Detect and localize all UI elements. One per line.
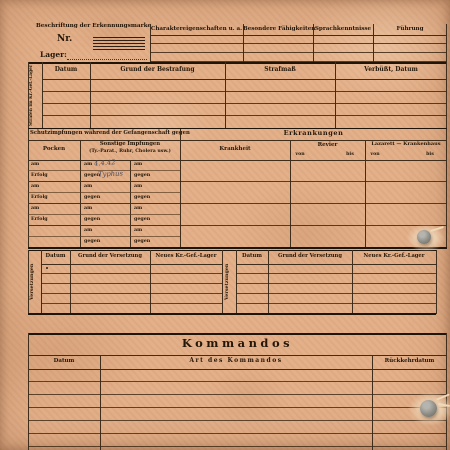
pocken-erfolg-label: Erfolg (31, 195, 55, 200)
sonstige-gegen-label: gegen (84, 195, 108, 200)
kommandos-header-datum: Datum (28, 358, 100, 364)
kommandos-header-art: Art des Kommandos (100, 358, 372, 365)
revier-bis-label: bis (340, 152, 360, 157)
traits-header-charakter: Charaktereigenschaften u. a. (150, 26, 243, 32)
sonstige-am-label: am (84, 228, 104, 233)
pocken-erfolg-label: Erfolg (31, 173, 55, 178)
versetzungen-header-grund: Grund der Versetzung (268, 254, 352, 260)
pocken-erfolg-label: Erfolg (31, 217, 55, 222)
handwritten-vaccination-date: 4.4.42 (94, 158, 116, 167)
versetzungen-side-label: Versetzungen (29, 252, 40, 312)
sonstige-gegen-label: gegen (134, 195, 158, 200)
versetzungen-side-label: Versetzungen (224, 252, 235, 312)
kommandos-title: Kommandos (28, 337, 447, 350)
erkrankungen-header-krankheit: Krankheit (180, 146, 290, 152)
impfungen-header-pocken: Pocken (28, 146, 80, 152)
handwritten-vaccination-against: Typhus (98, 170, 123, 179)
ruled-rows (28, 369, 447, 450)
traits-header-sprachen: Sprachkenntnisse (313, 26, 373, 32)
nr-label: Nr. (57, 35, 77, 45)
section-divider (28, 247, 447, 249)
erkennungsmarke-title: Beschriftung der Erkennungsmarke (36, 23, 148, 29)
sonstige-gegen-label: gegen (134, 239, 158, 244)
strafen-header-grund: Grund der Bestrafung (90, 67, 225, 74)
punch-hole (420, 400, 437, 417)
erkrankungen-header-revier: Revier (290, 142, 365, 148)
lazarett-bis-label: bis (420, 152, 440, 157)
versetzungen-header-datum: Datum (41, 254, 70, 260)
sonstige-am-label: am (84, 184, 104, 189)
strafen-header-verbuesst: Verbüßt, Datum (335, 67, 447, 74)
sonstige-gegen-label: gegen (84, 239, 108, 244)
versetzungen-header-datum: Datum (236, 254, 268, 260)
traits-header-fuehrung: Führung (373, 26, 447, 32)
lager-label: Lager: (40, 51, 70, 59)
versetzungen-header-grund: Grund der Versetzung (70, 254, 150, 260)
sonstige-am-label: am (134, 228, 154, 233)
lazarett-von-label: von (365, 152, 385, 157)
sonstige-gegen-label: gegen (84, 217, 108, 222)
lager-dotted-line (67, 50, 147, 60)
punch-hole (417, 230, 431, 244)
impfungen-title: Schutzimpfungen während der Gefangenscha… (30, 131, 178, 137)
pocken-am-label: am (31, 162, 51, 167)
section-divider (28, 313, 436, 314)
impfungen-header-sonstige-detail: (Ty.-Parat., Ruhr, Cholera usw.) (80, 149, 180, 154)
sonstige-am-label: am (84, 206, 104, 211)
ruled-rows (150, 35, 447, 62)
table-border (436, 250, 437, 314)
column-divider (222, 250, 223, 314)
scanned-form-page: Beschriftung der Erkennungsmarke Nr. Lag… (0, 0, 450, 450)
strafen-header-datum: Datum (42, 67, 90, 74)
kommandos-header-rueckkehr: Rückkehrdatum (372, 358, 447, 364)
ruled-rows (41, 264, 222, 314)
traits-header-faehigkeiten: Besondere Fähigkeiten (243, 26, 313, 32)
pocken-am-label: am (31, 184, 51, 189)
versetzungen-header-lager: Neues Kr.-Gef.-Lager (352, 254, 436, 260)
sonstige-am-label: am (134, 206, 154, 211)
revier-von-label: von (290, 152, 310, 157)
strafen-header-strafmass: Strafmaß (225, 67, 335, 74)
strafen-side-label: Strafen im Kr.-Gef.-Lager (29, 63, 41, 127)
ruled-rows (42, 80, 447, 127)
row-divider (28, 355, 447, 356)
erkrankungen-title: Erkrankungen (180, 130, 447, 137)
sonstige-gegen-label: gegen (134, 217, 158, 222)
pocken-am-label: am (31, 206, 51, 211)
section-divider (28, 333, 447, 335)
sonstige-am-label: am (134, 162, 154, 167)
ruled-rows (236, 264, 436, 314)
ink-speck (46, 267, 48, 269)
versetzungen-header-lager: Neues Kr.-Gef.-Lager (150, 254, 222, 260)
impfungen-header-sonstige: Sonstige Impfungen (80, 142, 180, 148)
sonstige-am-label: am (134, 184, 154, 189)
erkrankungen-header-lazarett: Lazarett — Krankenhaus (365, 142, 447, 148)
nr-ruled-lines (93, 37, 145, 50)
sonstige-gegen-label: gegen (134, 173, 158, 178)
